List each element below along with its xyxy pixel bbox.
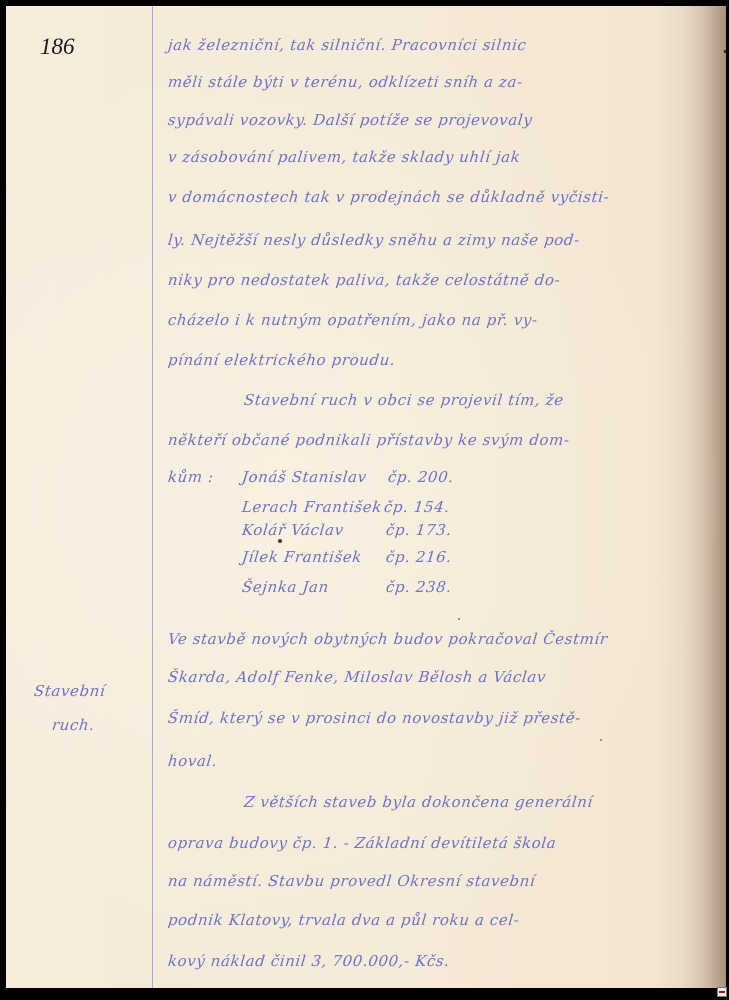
text-line: cházelo i k nutným opatřením, jako na př… — [167, 311, 539, 329]
text-line: v domácnostech tak v prodejnách se důkla… — [167, 188, 610, 206]
text-line: podnik Klatovy, trvala dva a půl roku a … — [167, 911, 520, 929]
list-item-name: Kolář Václav — [241, 521, 345, 539]
text-line: jak železniční, tak silniční. Pracovníci… — [167, 36, 527, 54]
text-line: na náměstí. Stavbu provedl Okresní stave… — [167, 872, 536, 890]
text-line: kový náklad činil 3, 700.000,- Kčs. — [167, 952, 451, 970]
list-item-house-number: čp. 154. — [383, 498, 451, 516]
text-line: pínání elektrického proudu. — [167, 351, 396, 369]
text-line: ly. Nejtěžší nesly důsledky sněhu a zimy… — [167, 231, 581, 249]
margin-note-line2: ruch. — [51, 716, 96, 734]
ink-blot — [278, 539, 282, 543]
list-item-name: Lerach František — [241, 498, 383, 516]
binding-mark — [724, 50, 726, 53]
text-line: hoval. — [167, 752, 218, 770]
text-line: Šmíd, který se v prosinci do novostavby … — [167, 709, 582, 727]
text-line: Stavební ruch v obci se projevil tím, že — [243, 391, 565, 409]
list-item-house-number: čp. 216. — [385, 548, 453, 566]
text-line: Z větších staveb byla dokončena generáln… — [243, 793, 594, 811]
text-line: Ve stavbě nových obytných budov pokračov… — [167, 630, 609, 648]
list-item-name: Jílek František — [241, 548, 363, 566]
text-line: Škarda, Adolf Fenke, Miloslav Bělosh a V… — [167, 668, 547, 686]
text-line: oprava budovy čp. 1. - Základní devítile… — [167, 834, 557, 852]
chronicle-page: 186 jak železniční, tak silniční. Pracov… — [6, 6, 726, 988]
paper-speck — [458, 618, 460, 620]
list-item-house-number: čp. 238. — [385, 578, 453, 596]
list-item-name: Šejnka Jan — [241, 578, 330, 596]
minimize-icon[interactable] — [717, 987, 727, 997]
page-number: 186 — [40, 34, 75, 60]
margin-rule — [152, 6, 153, 988]
text-line: sypávali vozovky. Další potíže se projev… — [167, 111, 533, 129]
paper-speck — [600, 739, 602, 741]
text-line: měli stále býti v terénu, odklízeti sníh… — [167, 73, 524, 91]
text-line: někteří občané podnikali přístavby ke sv… — [167, 431, 571, 449]
text-line: niky pro nedostatek paliva, takže celost… — [167, 271, 561, 289]
list-item-house-number: čp. 200. — [387, 468, 455, 486]
text-line: kům : — [167, 468, 215, 486]
list-item-name: Jonáš Stanislav — [241, 468, 368, 486]
list-item-house-number: čp. 173. — [385, 521, 453, 539]
text-line: v zásobování palivem, takže sklady uhlí … — [167, 148, 521, 166]
margin-note-line1: Stavební — [33, 682, 106, 700]
